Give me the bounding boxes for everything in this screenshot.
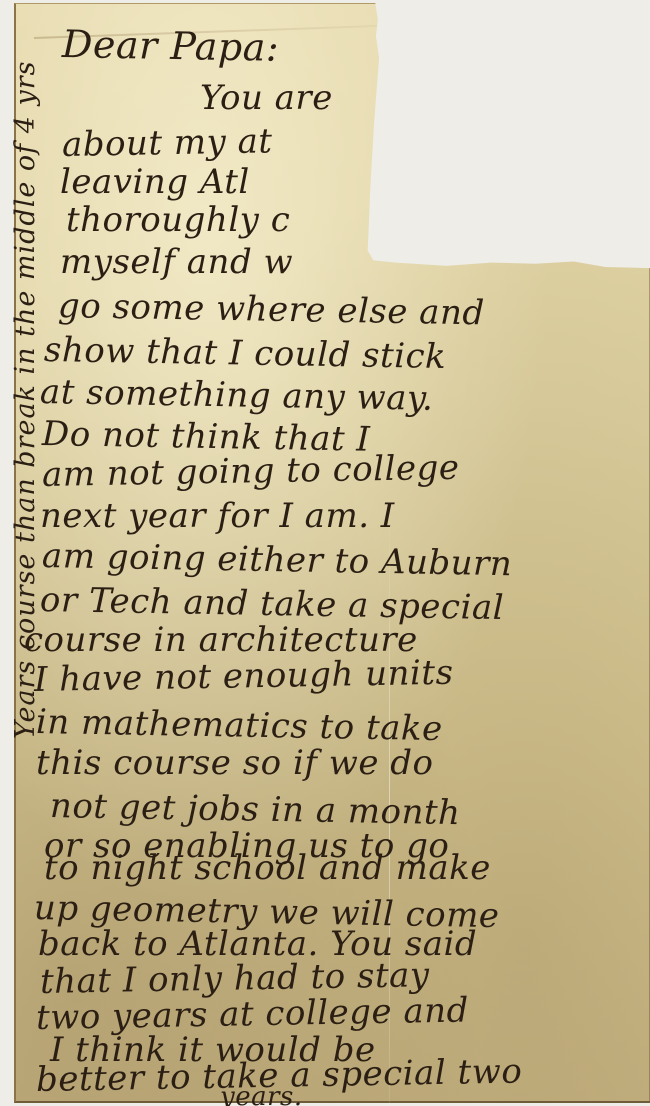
letter-line: I have not enough units [34, 653, 454, 700]
letter-line: years. [220, 1082, 303, 1106]
letter-line: leaving Atl [60, 162, 250, 202]
letter-line: to night school and make [44, 848, 491, 888]
letter-body: Dear Papa: You are about my at leaving A… [0, 0, 650, 1106]
letter-line: this course so if we do [36, 743, 434, 783]
letter-line: at something any way. [40, 372, 434, 419]
letter-line: myself and w [60, 242, 293, 282]
letter-line: am not going to college [42, 448, 460, 495]
salutation: Dear Papa: [62, 22, 280, 70]
letter-line: next year for I am. I [40, 496, 395, 536]
letter-line: thoroughly c [66, 200, 290, 240]
letter-line: show that I could stick [44, 330, 447, 377]
scanned-letter: Dear Papa: You are about my at leaving A… [0, 0, 650, 1106]
letter-line: go some where else and [58, 286, 485, 333]
letter-line: am going either to Auburn [42, 536, 513, 584]
margin-note: Years course than break in the middle of… [10, 60, 50, 1100]
letter-line: You are [200, 78, 333, 118]
letter-line: about my at [62, 121, 273, 165]
